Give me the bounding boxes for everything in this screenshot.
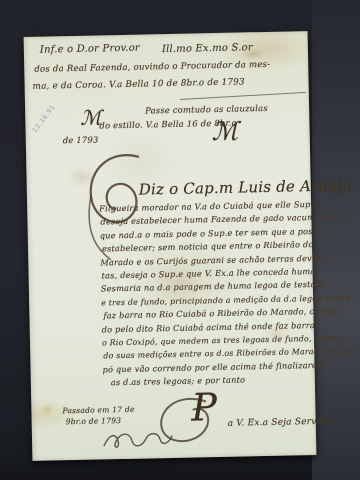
despatch2-line3: de 1793 [63,134,99,145]
backdrop-light-band [312,0,360,480]
dateline-underline-stroke [180,92,306,100]
docket-passado-line: Passado em 17 de [62,405,134,416]
petition-body: Filgueira morador na V.a do Cuiabá que e… [99,198,317,390]
stain-spot [41,404,53,414]
docket-date-line: 9br.o de 1793 [66,416,122,426]
archival-pencil-note: 12.16.91 [31,103,57,134]
foxing-spot [240,48,266,61]
despatch2-line1: Passe comtudo as clauzulas [145,103,268,116]
signature-initial: P [191,385,218,430]
manuscript-paper: 12.16.91 Inf.e o D.or Prov.or Ill.mo Ex.… [24,31,317,461]
despatch1-dateline: ma, e da Coroa. V.a Bella 10 de 8br.o de… [33,77,245,91]
despatch1-line2: dos da Real Fazenda, ouvindo o Procurado… [34,60,270,75]
signature-formula: a V. Ex.a Seja Servido [228,417,332,429]
photo-of-manuscript: { "photo": { "backdrop_color": "#22252b"… [0,0,360,480]
secretary-rubric-monogram: ℳ [211,117,239,147]
despatch1-informe: Inf.e o D.or Prov.or [40,43,140,56]
